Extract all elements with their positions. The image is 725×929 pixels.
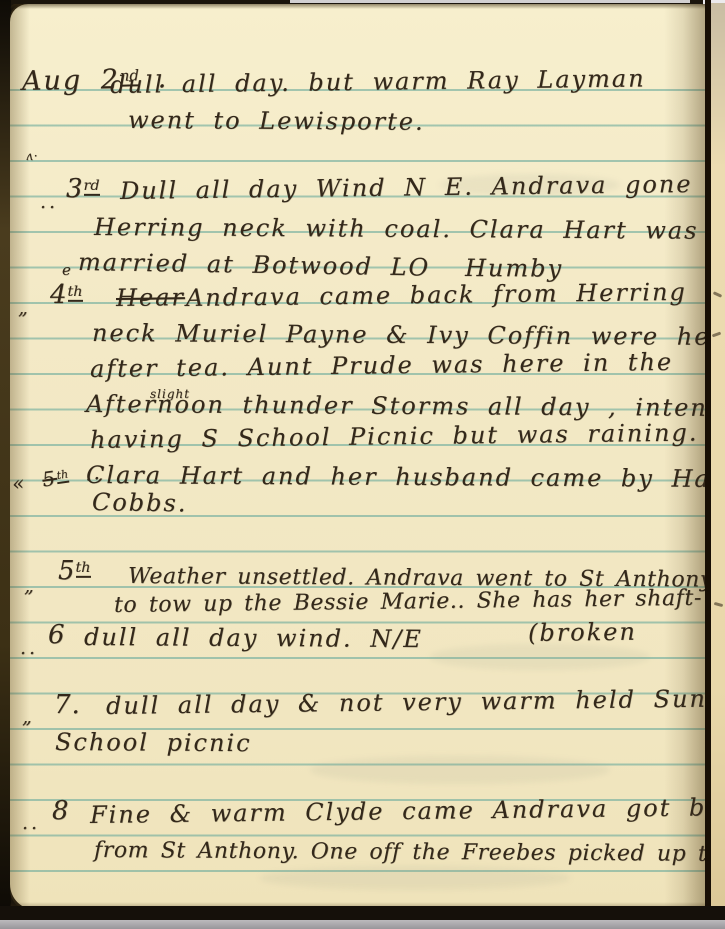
next-page-ink-mark [714,602,723,607]
bleed-through-smudge [310,756,610,784]
bottom-shadow-band [0,906,725,920]
day-number: 6 [48,621,66,649]
day-digit: 5 [58,556,76,586]
struck-day: 5th [41,464,70,491]
next-page-ink-mark [713,291,722,298]
ordinal-suffix: rd [84,179,100,196]
date-text: Aug 2 [22,64,121,97]
next-page-edge [711,3,725,916]
page-shadow-left [10,4,30,910]
day-number: 5th [58,557,91,585]
scanner-glare-sliver [290,0,690,3]
diary-line: went to Lewisporte. [128,106,425,136]
ditto-mark: „ [24,572,37,600]
day-number: 8 [52,797,70,825]
page-shadow-top [10,4,706,9]
day-number: 3rd [66,175,100,203]
diary-line: Cobbs. [92,488,188,517]
diary-line: (broken [528,618,637,647]
diary-line: dull all day wind. N/E [84,623,423,653]
struck-word: Hear [116,283,185,312]
scanner-bed-strip [0,920,725,929]
diary-line: neck Muriel Payne & Ivy Coffin were here [92,319,725,351]
bleed-through-smudge [260,866,570,890]
day-digit: 4 [50,280,68,310]
day-digit: 3 [66,174,84,204]
diary-line: married at Botwood LO [78,248,431,282]
next-page-ink-mark [712,332,721,338]
ordinal-suffix: th [68,285,83,302]
diary-line: Clara Hart and her husband came by Harve… [86,461,725,493]
stray-ink-mark: ʌ· [26,142,39,170]
ditto-mark: .. [40,188,58,216]
ditto-mark: .. [22,809,40,837]
ditto-mark: .. [20,634,38,662]
ordinal-suffix: th [56,469,69,484]
margin-arrow: « [10,470,27,496]
ditto-mark: .. [83,460,103,486]
day-number: 7. [54,691,81,719]
bleed-through-smudge [430,644,650,670]
diary-line: from St Anthony. One off the Freebes pic… [94,837,725,869]
diary-line: Afternoon thunder Storms all day , inten… [86,390,725,422]
diary-page: Aug 2nd . dull all day. but warm Ray Lay… [10,4,706,910]
scanned-diary-page: Aug 2nd . dull all day. but warm Ray Lay… [0,0,725,929]
diary-line: School picnic [55,728,252,757]
diary-line: Humby [465,254,563,283]
page-shadow-right [664,4,706,910]
ditto-mark: „ [22,703,35,731]
ditto-mark: „ [18,294,31,322]
day-number: 4th [50,281,83,309]
diary-line: Herring neck with coal. Clara Hart was [94,213,699,245]
ordinal-suffix: th [76,561,91,578]
